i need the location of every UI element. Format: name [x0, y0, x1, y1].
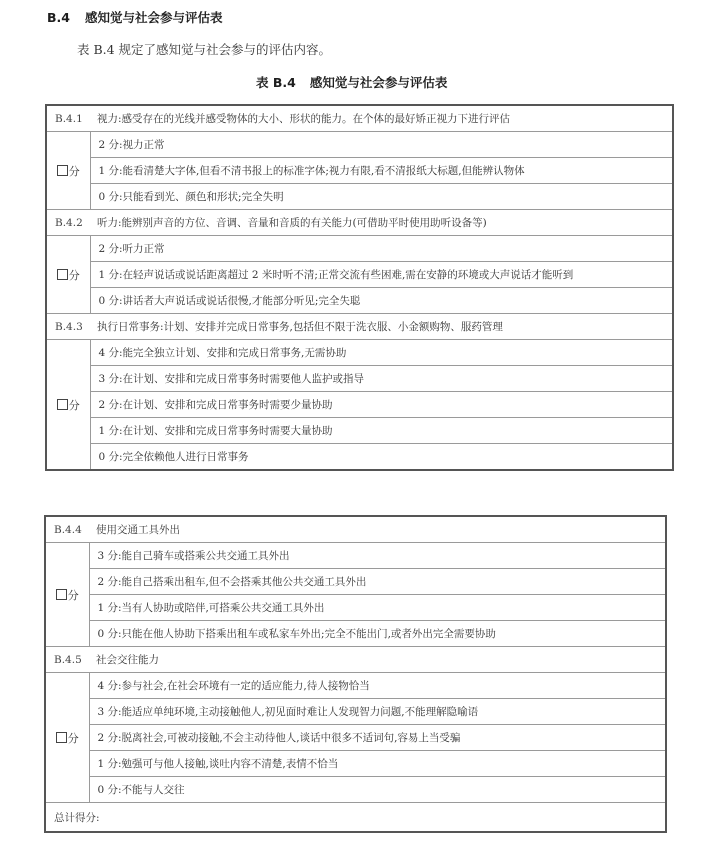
option-text: 0 分:只能在他人协助下搭乘出租车或私家车外出;完全不能出门,或者外出完全需要协… [89, 621, 666, 647]
score-unit: 分 [68, 589, 79, 602]
option-text: 2 分:在计划、安排和完成日常事务时需要少量协助 [90, 392, 673, 418]
option-row: 2 分:脱离社会,可被动接触,不会主动待他人,谈话中很多不适词句,容易上当受骗 [45, 725, 666, 751]
option-text: 1 分:当有人协助或陪伴,可搭乘公共交通工具外出 [89, 595, 666, 621]
score-box-icon[interactable] [57, 399, 68, 410]
option-row: 分 3 分:能自己骑车或搭乘公共交通工具外出 [45, 543, 666, 569]
item-header-b-4-3: B.4.3执行日常事务:计划、安排并完成日常事务,包括但不限于洗衣服、小金额购物… [46, 314, 673, 340]
section-title: 感知觉与社会参与评估表 [85, 10, 223, 25]
score-box-icon[interactable] [57, 165, 68, 176]
score-box-icon[interactable] [57, 269, 68, 280]
item-title: 听力:能辨别声音的方位、音调、音量和音质的有关能力(可借助平时使用助听设备等) [97, 217, 487, 229]
option-text: 1 分:在计划、安排和完成日常事务时需要大量协助 [90, 418, 673, 444]
total-row: 总计得分: [45, 803, 666, 833]
option-row: 0 分:只能看到光、颜色和形状;完全失明 [46, 184, 673, 210]
item-header-row: B.4.5社会交往能力 [45, 647, 666, 673]
option-text: 0 分:只能看到光、颜色和形状;完全失明 [90, 184, 673, 210]
score-unit: 分 [68, 732, 79, 745]
option-row: 1 分:勉强可与他人接触,谈吐内容不清楚,表情不恰当 [45, 751, 666, 777]
option-text: 2 分:视力正常 [90, 132, 673, 158]
item-header-row: B.4.2听力:能辨别声音的方位、音调、音量和音质的有关能力(可借助平时使用助听… [46, 210, 673, 236]
option-text: 1 分:能看清楚大字体,但看不清书报上的标准字体;视力有限,看不清报纸大标题,但… [90, 158, 673, 184]
table-caption-title: 感知觉与社会参与评估表 [310, 75, 448, 90]
option-text: 4 分:参与社会,在社会环境有一定的适应能力,待人接物恰当 [89, 673, 666, 699]
total-score-field[interactable]: 总计得分: [45, 803, 666, 833]
option-row: 2 分:能自己搭乘出租车,但不会搭乘其他公共交通工具外出 [45, 569, 666, 595]
option-row: 2 分:在计划、安排和完成日常事务时需要少量协助 [46, 392, 673, 418]
option-text: 2 分:脱离社会,可被动接触,不会主动待他人,谈话中很多不适词句,容易上当受骗 [89, 725, 666, 751]
option-text: 0 分:不能与人交往 [89, 777, 666, 803]
option-text: 3 分:能自己骑车或搭乘公共交通工具外出 [89, 543, 666, 569]
table-caption-number: 表 B.4 [256, 75, 296, 90]
score-input-b-4-3[interactable]: 分 [46, 340, 90, 471]
table-caption: 表 B.4感知觉与社会参与评估表 [256, 73, 447, 91]
item-code: B.4.3 [55, 321, 97, 333]
section-number: B.4 [47, 10, 85, 25]
assessment-table-part-2: B.4.4使用交通工具外出 分 3 分:能自己骑车或搭乘公共交通工具外出 2 分… [44, 515, 667, 833]
item-title: 执行日常事务:计划、安排并完成日常事务,包括但不限于洗衣服、小金额购物、服药管理 [97, 321, 503, 333]
score-unit: 分 [69, 165, 80, 178]
item-header-row: B.4.3执行日常事务:计划、安排并完成日常事务,包括但不限于洗衣服、小金额购物… [46, 314, 673, 340]
option-text: 2 分:能自己搭乘出租车,但不会搭乘其他公共交通工具外出 [89, 569, 666, 595]
option-row: 分 4 分:能完全独立计划、安排和完成日常事务,无需协助 [46, 340, 673, 366]
item-code: B.4.2 [55, 217, 97, 229]
option-text: 1 分:勉强可与他人接触,谈吐内容不清楚,表情不恰当 [89, 751, 666, 777]
option-text: 3 分:能适应单纯环境,主动接触他人,初见面时难让人发现智力问题,不能理解隐喻语 [89, 699, 666, 725]
option-text: 3 分:在计划、安排和完成日常事务时需要他人监护或指导 [90, 366, 673, 392]
item-code: B.4.4 [54, 524, 96, 536]
item-header-b-4-5: B.4.5社会交往能力 [45, 647, 666, 673]
score-unit: 分 [69, 399, 80, 412]
option-row: 分 4 分:参与社会,在社会环境有一定的适应能力,待人接物恰当 [45, 673, 666, 699]
item-header-b-4-4: B.4.4使用交通工具外出 [45, 516, 666, 543]
item-code: B.4.1 [55, 113, 97, 125]
item-code: B.4.5 [54, 654, 96, 666]
score-box-icon[interactable] [56, 589, 67, 600]
option-row: 分 2 分:听力正常 [46, 236, 673, 262]
option-row: 分 2 分:视力正常 [46, 132, 673, 158]
option-row: 0 分:只能在他人协助下搭乘出租车或私家车外出;完全不能出门,或者外出完全需要协… [45, 621, 666, 647]
score-input-b-4-2[interactable]: 分 [46, 236, 90, 314]
option-text: 0 分:讲话者大声说话或说话很慢,才能部分听见;完全失聪 [90, 288, 673, 314]
item-title: 社会交往能力 [96, 654, 159, 666]
item-header-row: B.4.4使用交通工具外出 [45, 516, 666, 543]
item-title: 视力:感受存在的光线并感受物体的大小、形状的能力。在个体的最好矫正视力下进行评估 [97, 113, 510, 125]
option-text: 4 分:能完全独立计划、安排和完成日常事务,无需协助 [90, 340, 673, 366]
assessment-table-part-1: B.4.1视力:感受存在的光线并感受物体的大小、形状的能力。在个体的最好矫正视力… [45, 104, 674, 471]
option-row: 3 分:在计划、安排和完成日常事务时需要他人监护或指导 [46, 366, 673, 392]
option-row: 0 分:讲话者大声说话或说话很慢,才能部分听见;完全失聪 [46, 288, 673, 314]
option-row: 0 分:完全依赖他人进行日常事务 [46, 444, 673, 471]
score-input-b-4-5[interactable]: 分 [45, 673, 89, 803]
option-row: 1 分:在轻声说话或说话距离超过 2 米时听不清;正常交流有些困难,需在安静的环… [46, 262, 673, 288]
option-row: 3 分:能适应单纯环境,主动接触他人,初见面时难让人发现智力问题,不能理解隐喻语 [45, 699, 666, 725]
section-heading: B.4感知觉与社会参与评估表 [47, 8, 223, 26]
score-box-icon[interactable] [56, 732, 67, 743]
score-input-b-4-4[interactable]: 分 [45, 543, 89, 647]
total-score-label: 总计得分: [54, 812, 100, 824]
item-title: 使用交通工具外出 [96, 524, 180, 536]
intro-text: 表 B.4 规定了感知觉与社会参与的评估内容。 [77, 40, 331, 58]
option-row: 1 分:能看清楚大字体,但看不清书报上的标准字体;视力有限,看不清报纸大标题,但… [46, 158, 673, 184]
option-text: 0 分:完全依赖他人进行日常事务 [90, 444, 673, 471]
score-unit: 分 [69, 269, 80, 282]
score-input-b-4-1[interactable]: 分 [46, 132, 90, 210]
option-row: 1 分:当有人协助或陪伴,可搭乘公共交通工具外出 [45, 595, 666, 621]
option-text: 1 分:在轻声说话或说话距离超过 2 米时听不清;正常交流有些困难,需在安静的环… [90, 262, 673, 288]
option-text: 2 分:听力正常 [90, 236, 673, 262]
option-row: 1 分:在计划、安排和完成日常事务时需要大量协助 [46, 418, 673, 444]
item-header-row: B.4.1视力:感受存在的光线并感受物体的大小、形状的能力。在个体的最好矫正视力… [46, 105, 673, 132]
option-row: 0 分:不能与人交往 [45, 777, 666, 803]
item-header-b-4-2: B.4.2听力:能辨别声音的方位、音调、音量和音质的有关能力(可借助平时使用助听… [46, 210, 673, 236]
item-header-b-4-1: B.4.1视力:感受存在的光线并感受物体的大小、形状的能力。在个体的最好矫正视力… [46, 105, 673, 132]
